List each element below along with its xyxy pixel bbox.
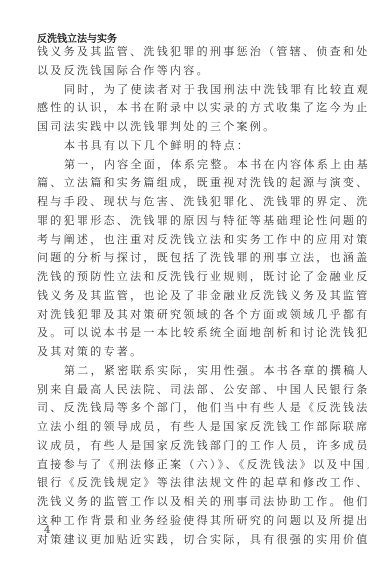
text-line: 罪的犯罪形态、洗钱罪的原因与特征等基础理论性问题的思 bbox=[37, 212, 331, 231]
text-line: 钱义务及其监管，也论及了非金融业反洗钱义务及其监管， bbox=[37, 287, 331, 306]
text-line: 篇、立法篇和实务篇组成，既重视对洗钱的起源与演变、过 bbox=[37, 174, 331, 193]
text-line: 感性的认识，本书在附录中以实录的方式收集了迄今为止我 bbox=[37, 99, 331, 118]
document-page: 反洗钱立法与实务 钱义务及其监管、洗钱犯罪的刑事惩治（管辖、侦查和处罚）以及反洗… bbox=[0, 0, 369, 567]
text-line: 议成员，有些人是国家反洗钱部门的工作人员，许多成员都 bbox=[37, 437, 331, 456]
text-line: 国司法实践中以洗钱罪判处的三个案例。 bbox=[37, 118, 331, 137]
text-line: 第二，紧密联系实际，实用性强。本书各章的撰稿人分 bbox=[37, 362, 331, 381]
text-line: 洗钱义务的监管工作以及相关的刑事司法协助工作。他们的 bbox=[37, 493, 331, 512]
text-line: 及其对策的专著。 bbox=[37, 343, 331, 362]
text-line: 洗钱的预防性立法和反洗钱行业规则，既讨论了金融业反洗 bbox=[37, 268, 331, 287]
text-line: 这种工作背景和业务经验使得其所研究的问题以及所提出的 bbox=[37, 512, 331, 531]
text-line: 以及反洗钱国际合作等内容。 bbox=[37, 62, 331, 81]
text-line: 及。可以说本书是一本比较系统全面地剖析和讨论洗钱犯罪 bbox=[37, 324, 331, 343]
text-line: 本书具有以下几个鲜明的特点： bbox=[37, 137, 331, 156]
text-line: 立法小组的领导成员，有些人是国家反洗钱工作部际联席会 bbox=[37, 418, 331, 437]
text-line: 考与阐述，也注重对反洗钱立法和实务工作中的应用对策性 bbox=[37, 231, 331, 250]
text-line: 第一，内容全面，体系完整。本书在内容体系上由基础 bbox=[37, 156, 331, 175]
text-line: 直接参与了《刑法修正案（六）》、《反洗钱法》以及中国人民 bbox=[37, 456, 331, 475]
text-line: 司、反洗钱局等多个部门，他们当中有些人是《反洗钱法》 bbox=[37, 399, 331, 418]
text-line: 程与手段、现状与危害、洗钱犯罪化、洗钱罪的界定、洗钱 bbox=[37, 193, 331, 212]
text-line: 钱义务及其监管、洗钱犯罪的刑事惩治（管辖、侦查和处罚） bbox=[37, 43, 331, 62]
text-line: 对策建议更加贴近实践，切合实际，具有很强的实用价值和 bbox=[37, 531, 331, 550]
body-text: 钱义务及其监管、洗钱犯罪的刑事惩治（管辖、侦查和处罚）以及反洗钱国际合作等内容。… bbox=[37, 43, 331, 549]
page-number: 4 bbox=[44, 525, 50, 536]
text-line: 对洗钱犯罪及其对策研究领域的各个方面或领域几乎都有涉 bbox=[37, 306, 331, 325]
text-line: 银行《反洗钱规定》等法律法规文件的起草和修改工作、反 bbox=[37, 474, 331, 493]
text-line: 问题的分析与探讨，既包括了洗钱罪的刑事立法，也涵盖了 bbox=[37, 249, 331, 268]
text-line: 同时，为了使读者对于我国刑法中洗钱罪有比较直观、 bbox=[37, 81, 331, 100]
text-line: 别来自最高人民法院、司法部、公安部、中国人民银行条法 bbox=[37, 381, 331, 400]
